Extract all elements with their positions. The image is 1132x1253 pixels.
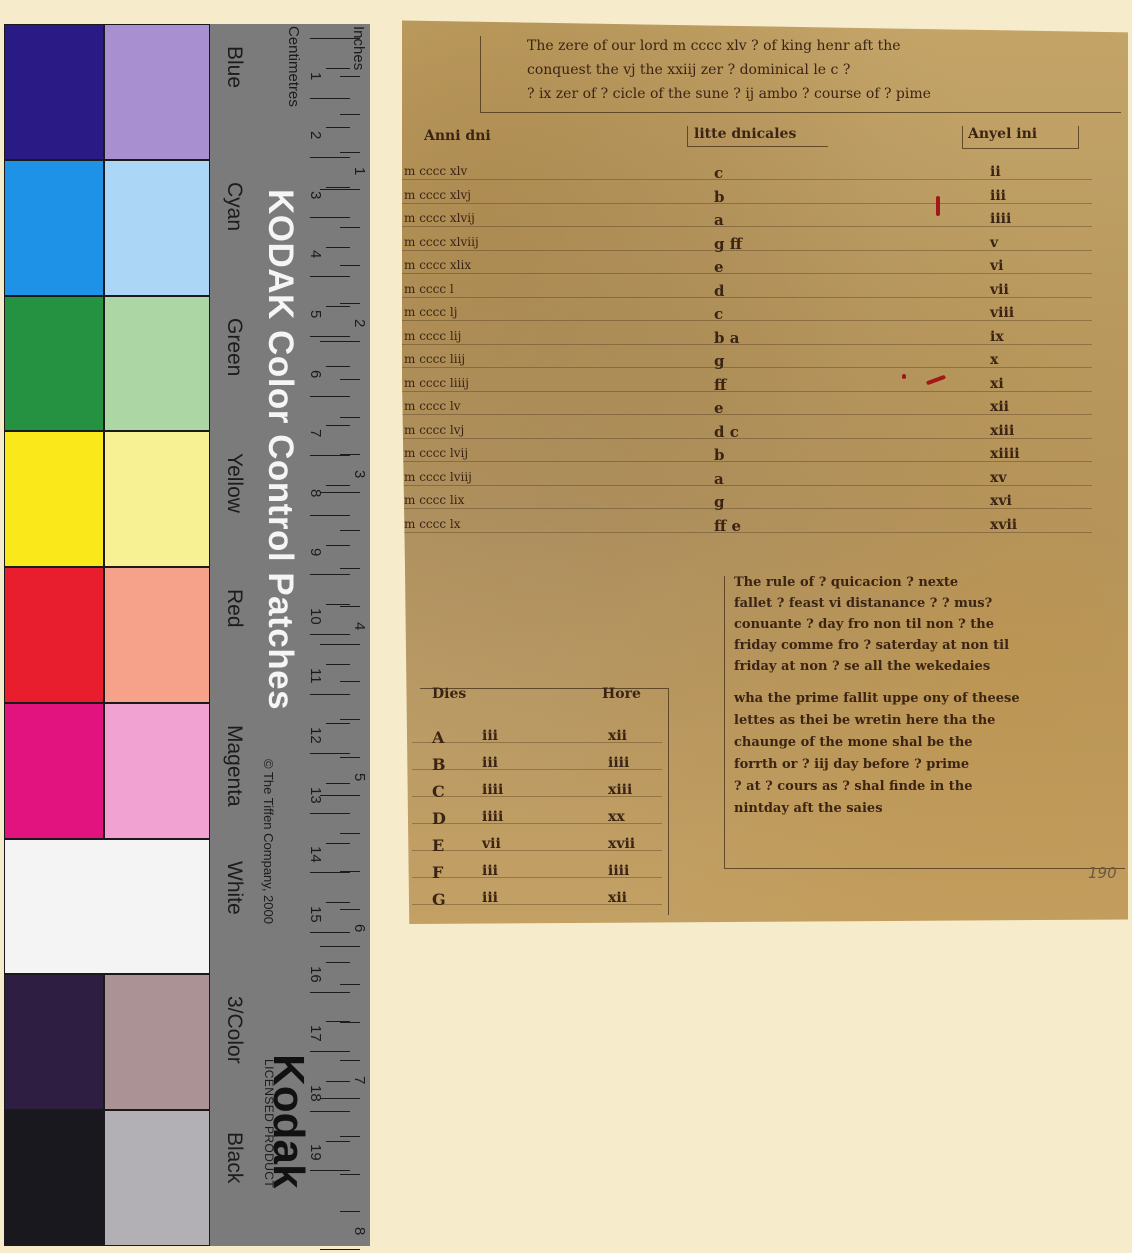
weekday-letter-cell: D — [432, 809, 446, 828]
golden-number-cell: vi — [990, 258, 1003, 274]
days-cell: iii — [482, 863, 498, 879]
hours-cell: xx — [608, 809, 625, 825]
cm-tick — [326, 247, 350, 248]
cm-mark-label: 11 — [307, 668, 324, 684]
inch-mark-label: 1 — [351, 167, 368, 175]
patch-label: Magenta — [222, 725, 246, 807]
ruled-line — [402, 320, 1092, 321]
color-patch-magenta-dark — [4, 703, 104, 839]
dominical-letter-cell: g ff — [714, 235, 742, 253]
year-cell: m cccc xlvj — [404, 188, 471, 202]
year-cell: m cccc xlix — [404, 258, 471, 272]
copyright-text: © The Tiffen Company, 2000 — [261, 759, 276, 924]
golden-number-cell: xv — [990, 470, 1006, 486]
heading-line: conquest the vj the xxiij zer ? dominica… — [527, 58, 931, 82]
inch-tick — [340, 1136, 360, 1137]
small-table-header-dies: Dies — [432, 686, 466, 702]
color-patch-black-light — [104, 1110, 210, 1246]
dominical-letter-cell: c — [714, 164, 723, 182]
color-patch-red-light — [104, 567, 210, 703]
inch-tick — [320, 341, 360, 342]
heading-text: The zere of our lord m cccc xlv ? of kin… — [527, 34, 931, 106]
color-patch-green-dark — [4, 296, 104, 432]
rule-line: ? at ? cours as ? shal finde in the — [734, 776, 1020, 798]
rule-line: The rule of ? quicacion ? nexte — [734, 572, 1009, 593]
column-header-golden-number: Anyel ini — [968, 126, 1037, 142]
color-patch-yellow-light — [104, 431, 210, 567]
inch-tick — [320, 644, 360, 645]
cm-tick — [310, 574, 350, 575]
dominical-letter-cell: g — [714, 493, 725, 511]
color-patch-cyan-dark — [4, 160, 104, 296]
weekday-letter-cell: C — [432, 782, 445, 801]
ruled-line — [402, 203, 1092, 204]
color-patch-green-light — [104, 296, 210, 432]
ruled-line — [402, 273, 1092, 274]
dominical-letter-cell: ff e — [714, 517, 741, 535]
cm-tick — [326, 723, 350, 724]
days-cell: iii — [482, 755, 498, 771]
dominical-letter-cell: b — [714, 188, 725, 206]
cm-tick — [310, 276, 350, 277]
hours-cell: xiii — [608, 782, 632, 798]
cm-tick — [326, 843, 350, 844]
cm-tick — [326, 68, 350, 69]
cm-mark-label: 19 — [307, 1144, 324, 1161]
inch-tick — [340, 417, 360, 418]
inch-tick — [340, 719, 360, 720]
rule-line: chaunge of the mone shal be the — [734, 732, 1020, 754]
cm-mark-label: 5 — [307, 310, 324, 318]
golden-number-cell: x — [990, 352, 998, 368]
dominical-letter-cell: a — [714, 470, 724, 488]
year-cell: m cccc liiij — [404, 376, 469, 390]
ruled-line — [402, 461, 1092, 462]
year-cell: m cccc lvj — [404, 423, 464, 437]
weekday-letter-cell: G — [432, 890, 446, 909]
days-cell: iii — [482, 890, 498, 906]
hours-cell: xvii — [608, 836, 635, 852]
inch-tick — [340, 1022, 360, 1023]
color-patch-magenta-light — [104, 703, 210, 839]
cm-tick — [326, 962, 350, 963]
ruled-line — [402, 297, 1092, 298]
cm-tick — [310, 1111, 350, 1112]
year-cell: m cccc lx — [404, 517, 461, 531]
dominical-letter-cell: d c — [714, 423, 739, 441]
inch-mark-label: 3 — [351, 470, 368, 478]
small-table-frame — [420, 688, 669, 915]
cm-mark-label: 1 — [307, 72, 324, 80]
folio-number: 190 — [1088, 864, 1117, 882]
rule-line: wha the prime fallit uppe ony of theese — [734, 688, 1020, 710]
color-patch-yellow-dark — [4, 431, 104, 567]
color-patch-white — [4, 839, 210, 975]
ruled-line — [402, 508, 1092, 509]
cm-mark-label: 7 — [307, 429, 324, 437]
cm-tick — [310, 217, 350, 218]
rule-line: forrth or ? iij day before ? prime — [734, 754, 1020, 776]
dominical-letter-cell: e — [714, 399, 724, 417]
cm-tick — [326, 485, 350, 486]
patch-label: Red — [222, 589, 246, 628]
red-ink-mark — [902, 374, 906, 379]
golden-number-cell: iii — [990, 188, 1006, 204]
ruled-line — [402, 485, 1092, 486]
cm-tick — [310, 813, 350, 814]
patch-label: 3/Color — [222, 996, 246, 1064]
color-patch-cyan-light — [104, 160, 210, 296]
inch-tick — [320, 946, 360, 947]
cm-tick — [326, 425, 350, 426]
ruled-line — [402, 344, 1092, 345]
golden-number-cell: xi — [990, 376, 1004, 392]
weekday-letter-cell: E — [432, 836, 444, 855]
inch-tick — [340, 1211, 360, 1212]
red-ink-mark — [936, 196, 940, 216]
year-cell: m cccc lviij — [404, 470, 472, 484]
inch-tick — [340, 833, 360, 834]
cm-tick — [310, 1051, 350, 1052]
color-patch-blue-light — [104, 24, 210, 160]
year-cell: m cccc xlviij — [404, 235, 479, 249]
licensed-product-label: LICENSED PRODUCT — [262, 1059, 276, 1188]
inch-tick — [340, 227, 360, 228]
cm-tick — [326, 902, 350, 903]
ruled-line — [402, 250, 1092, 251]
golden-number-cell: xvii — [990, 517, 1017, 533]
inch-tick — [340, 1060, 360, 1061]
golden-number-cell: xiiii — [990, 446, 1020, 462]
year-cell: m cccc lix — [404, 493, 464, 507]
golden-number-cell: viii — [990, 305, 1014, 321]
inch-tick — [340, 265, 360, 266]
dominical-letter-cell: b a — [714, 329, 739, 347]
ruled-line — [402, 438, 1092, 439]
year-cell: m cccc lvij — [404, 446, 468, 460]
patch-label: Green — [222, 318, 246, 376]
rule-line: friday at non ? se all the wekedaies — [734, 656, 1009, 677]
cm-tick — [310, 396, 350, 397]
inch-tick — [320, 492, 360, 493]
dominical-letter-cell: b — [714, 446, 725, 464]
color-patch-blue-dark — [4, 24, 104, 160]
rule-text-block-2: wha the prime fallit uppe ony of theese … — [734, 688, 1020, 820]
inch-tick — [340, 757, 360, 758]
chart-title: KODAK Color Control Patches — [260, 189, 300, 710]
golden-number-cell: xii — [990, 399, 1009, 415]
golden-number-cell: xvi — [990, 493, 1012, 509]
hours-cell: xii — [608, 890, 627, 906]
cm-mark-label: 4 — [307, 250, 324, 258]
column-header-anni-domini: Anni dni — [424, 128, 491, 144]
days-cell: iiii — [482, 809, 503, 825]
cm-tick — [326, 366, 350, 367]
rule-line: fallet ? feast vi distanance ? ? mus? — [734, 593, 1009, 614]
column-header-dominical-letters: litte dnicales — [694, 126, 796, 142]
cm-mark-label: 18 — [307, 1085, 324, 1102]
heading-line: The zere of our lord m cccc xlv ? of kin… — [527, 34, 931, 58]
patch-label: Blue — [222, 46, 246, 88]
cm-tick — [310, 515, 350, 516]
cm-tick — [310, 694, 350, 695]
inch-tick — [340, 379, 360, 380]
dominical-letter-cell: d — [714, 282, 725, 300]
cm-tick — [310, 932, 350, 933]
inch-tick — [340, 681, 360, 682]
year-cell: m cccc liij — [404, 352, 465, 366]
rule-line: friday comme fro ? saterday at non til — [734, 635, 1009, 656]
hours-cell: iiii — [608, 755, 629, 771]
cm-tick — [326, 306, 350, 307]
red-ink-mark — [926, 375, 946, 386]
cm-mark-label: 2 — [307, 131, 324, 139]
hours-cell: iiii — [608, 863, 629, 879]
cm-tick — [310, 634, 350, 635]
inch-tick — [340, 76, 360, 77]
inch-tick — [340, 454, 360, 455]
cm-tick — [326, 127, 350, 128]
cm-tick — [310, 1170, 350, 1171]
weekday-letter-cell: A — [432, 728, 444, 747]
year-cell: m cccc lv — [404, 399, 461, 413]
color-patch-red-dark — [4, 567, 104, 703]
inch-tick — [340, 984, 360, 985]
heading-line: ? ix zer of ? cicle of the sune ? ij amb… — [527, 82, 931, 106]
patch-label: Cyan — [222, 182, 246, 231]
cm-tick — [310, 992, 350, 993]
kodak-ruler: Inches Centimetres KODAK Color Control P… — [210, 24, 370, 1246]
cm-mark-label: 14 — [307, 846, 324, 863]
inch-tick — [320, 1249, 360, 1250]
cm-tick — [310, 157, 350, 158]
year-cell: m cccc l — [404, 282, 454, 296]
inch-mark-label: 2 — [351, 319, 368, 327]
golden-number-cell: v — [990, 235, 998, 251]
cm-tick — [326, 783, 350, 784]
cm-tick — [310, 872, 350, 873]
cm-mark-label: 16 — [307, 966, 324, 983]
inch-tick — [340, 606, 360, 607]
year-cell: m cccc xlvij — [404, 211, 475, 225]
cm-tick — [326, 664, 350, 665]
dominical-letter-cell: a — [714, 211, 724, 229]
inch-tick — [340, 871, 360, 872]
golden-number-cell: iiii — [990, 211, 1011, 227]
weekday-letter-cell: B — [432, 755, 446, 774]
dominical-letter-cell: g — [714, 352, 725, 370]
inch-tick — [320, 38, 360, 39]
cm-mark-label: 6 — [307, 370, 324, 378]
days-cell: iii — [482, 728, 498, 744]
dominical-letter-cell: e — [714, 258, 724, 276]
inch-tick — [340, 530, 360, 531]
inch-tick — [320, 795, 360, 796]
inch-mark-label: 7 — [351, 1076, 368, 1084]
cm-tick — [310, 753, 350, 754]
inch-tick — [340, 114, 360, 115]
color-patch-3-color-light — [104, 974, 210, 1110]
hours-cell: xii — [608, 728, 627, 744]
inches-label: Inches — [350, 26, 367, 70]
inch-mark-label: 6 — [351, 924, 368, 932]
inch-tick — [340, 909, 360, 910]
year-cell: m cccc xlv — [404, 164, 467, 178]
inch-mark-label: 5 — [351, 773, 368, 781]
days-cell: vii — [482, 836, 501, 852]
patch-label: Black — [222, 1132, 246, 1183]
ruled-line — [402, 179, 1092, 180]
dominical-letter-cell: c — [714, 305, 723, 323]
cm-tick — [326, 1141, 350, 1142]
cm-tick — [326, 1081, 350, 1082]
golden-number-cell: ii — [990, 164, 1001, 180]
rule-line: conuante ? day fro non til non ? the — [734, 614, 1009, 635]
cm-tick — [326, 187, 350, 188]
cm-mark-label: 3 — [307, 191, 324, 199]
golden-number-cell: xiii — [990, 423, 1014, 439]
manuscript-leaf: The zere of our lord m cccc xlv ? of kin… — [402, 16, 1128, 924]
cm-mark-label: 15 — [307, 906, 324, 923]
cm-mark-label: 10 — [307, 608, 324, 625]
color-patch-black-dark — [4, 1110, 104, 1246]
golden-number-cell: ix — [990, 329, 1004, 345]
cm-mark-label: 9 — [307, 548, 324, 556]
days-cell: iiii — [482, 782, 503, 798]
cm-tick — [310, 336, 350, 337]
inch-tick — [340, 1174, 360, 1175]
weekday-letter-cell: F — [432, 863, 443, 882]
cm-mark-label: 12 — [307, 727, 324, 744]
inch-tick — [340, 152, 360, 153]
inch-tick — [320, 189, 360, 190]
inch-mark-label: 4 — [351, 622, 368, 630]
cm-tick — [310, 98, 350, 99]
dominical-letter-cell: ff — [714, 376, 726, 394]
ruled-line — [402, 391, 1092, 392]
cm-tick — [326, 545, 350, 546]
patch-label: White — [222, 861, 246, 915]
inch-tick — [340, 303, 360, 304]
color-patch-3-color-dark — [4, 974, 104, 1110]
ruled-line — [402, 226, 1092, 227]
year-cell: m cccc lj — [404, 305, 457, 319]
inch-mark-label: 8 — [351, 1227, 368, 1235]
ruled-line — [402, 414, 1092, 415]
centimetres-label: Centimetres — [285, 26, 302, 107]
color-chart — [4, 24, 212, 1246]
rule-line: lettes as thei be wretin here tha the — [734, 710, 1020, 732]
rule-line: nintday aft the saies — [734, 798, 1020, 820]
rule-text-block: The rule of ? quicacion ? nexte fallet ?… — [734, 572, 1009, 677]
year-cell: m cccc lij — [404, 329, 461, 343]
ruled-line — [402, 367, 1092, 368]
inch-tick — [320, 1098, 360, 1099]
ruled-line — [402, 532, 1092, 533]
inch-tick — [340, 568, 360, 569]
patch-label: Yellow — [222, 453, 246, 513]
cm-mark-label: 17 — [307, 1025, 324, 1042]
golden-number-cell: vii — [990, 282, 1009, 298]
small-table-header-hore: Hore — [602, 686, 641, 702]
